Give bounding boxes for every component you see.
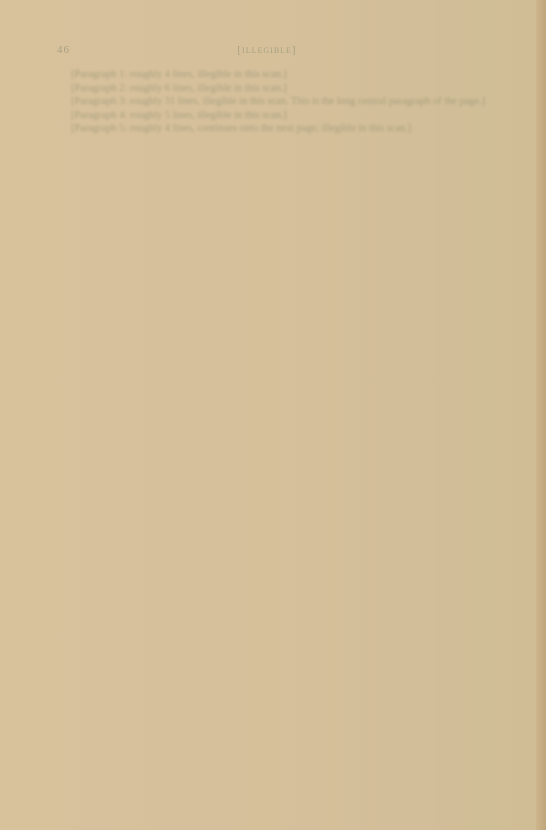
page-edge [536,0,546,830]
scanned-book-page: 46 [illegible] [Paragraph 1: roughly 4 l… [0,0,546,830]
page-number: 46 [57,44,117,56]
body-text: [Paragraph 1: roughly 4 lines, illegible… [57,68,497,136]
paragraph: [Paragraph 4: roughly 5 lines, illegible… [57,109,497,123]
page-content: 46 [illegible] [Paragraph 1: roughly 4 l… [57,44,497,136]
paragraph: [Paragraph 3: roughly 31 lines, illegibl… [57,95,497,109]
paragraph: [Paragraph 1: roughly 4 lines, illegible… [57,68,497,82]
page-header: 46 [illegible] [57,44,497,62]
paragraph: [Paragraph 5: roughly 4 lines, continues… [57,122,497,136]
running-head: [illegible] [117,44,497,56]
paragraph: [Paragraph 2: roughly 6 lines, illegible… [57,82,497,96]
